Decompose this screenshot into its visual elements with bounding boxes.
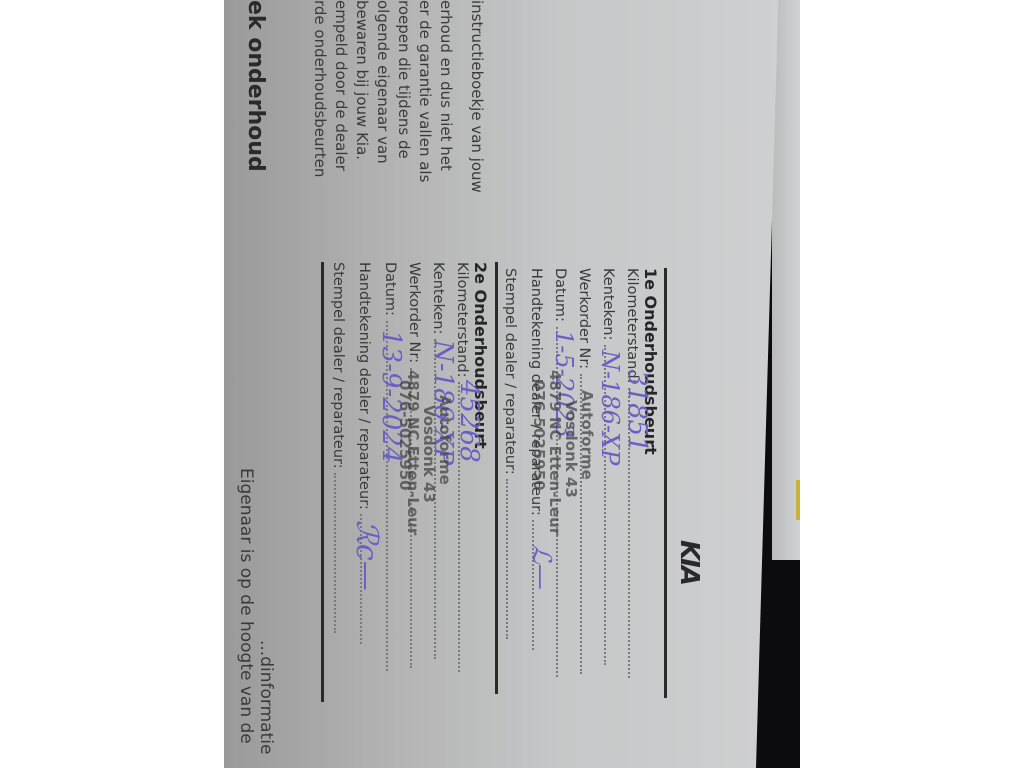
rotated-page-content: ek onderhoud rde onderhoudsbeurten empel…: [224, 0, 784, 768]
service-1-stamp-line: 4879 NC Etten-Leur: [546, 370, 564, 535]
photo-scene: ek onderhoud rde onderhoudsbeurten empel…: [224, 0, 800, 768]
service-1-km-label: Kilometerstand:: [624, 268, 640, 678]
maintenance-booklet-page: ek onderhoud rde onderhoudsbeurten empel…: [224, 0, 784, 768]
service-2-stamp-label: Stempel dealer / reparateur:: [330, 262, 346, 633]
kia-logo: KIA: [674, 540, 704, 584]
section-rule: [495, 262, 498, 694]
intro-line: er de garantie vallen als: [414, 0, 435, 182]
service-1-km-value: 31851: [622, 370, 652, 453]
intro-line: erhoud en dus niet het: [435, 0, 456, 171]
service-2-signature: ℛc—: [349, 520, 384, 591]
intro-line: bewaren bij jouw Kia.: [351, 0, 372, 160]
service-2-stamp-line: Vosdonk 43: [420, 405, 438, 503]
service-1-kenteken-value: N-186-XP: [596, 350, 624, 465]
intro-line: instructieboekje van jouw: [466, 0, 487, 193]
service-1-stamp-line: Vosdonk 43: [562, 400, 580, 498]
service-1-stamp-line: 076-5025950: [530, 380, 548, 491]
intro-line: roepen die tijdens de: [393, 0, 414, 159]
service-1-signature: ℒ—: [526, 545, 556, 590]
section-rule: [321, 262, 324, 702]
service-2-km-label: Kilometerstand:: [454, 262, 470, 672]
section-rule: [664, 268, 667, 698]
intro-line: empeld door de dealer: [330, 0, 351, 171]
service-2-stamp-line: Autoforme: [436, 395, 454, 485]
footer-line: Eigenaar is op de hoogte van de: [235, 468, 256, 744]
service-1-stamp-line: Autoforme: [578, 390, 596, 480]
service-1-stamp-label: Stempel dealer / reparateur:: [502, 268, 518, 639]
intro-line: olgende eigenaar van: [372, 0, 393, 164]
background-sheet: [772, 0, 800, 560]
page-title: ek onderhoud: [243, 0, 268, 172]
footer-line: ...dinformatie: [255, 640, 276, 754]
document-photo: ek onderhoud rde onderhoudsbeurten empel…: [0, 0, 1024, 768]
intro-line: rde onderhoudsbeurten: [309, 0, 330, 177]
service-1-kenteken-label: Kenteken:: [600, 268, 616, 665]
service-2-stamp-line: 076-5025950: [396, 380, 414, 491]
service-2-km-value: 45268: [454, 380, 484, 463]
yellow-warning-mark: [796, 480, 800, 520]
